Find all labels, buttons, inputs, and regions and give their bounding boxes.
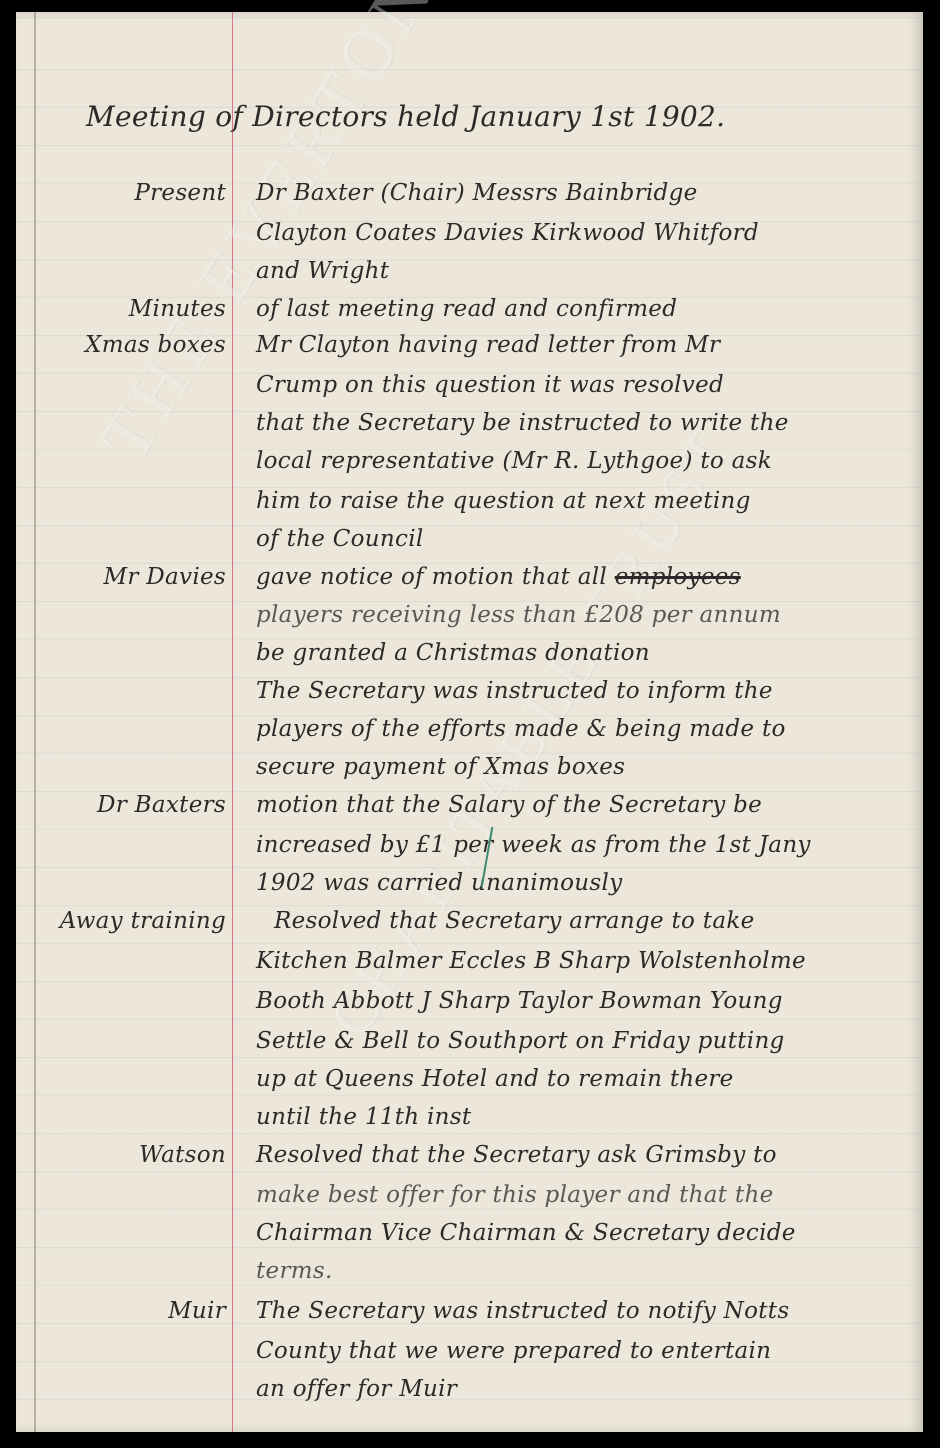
struck-word: employees — [615, 564, 741, 590]
entry-text: gave notice of motion that all — [256, 564, 607, 590]
margin-label-mr-davies: Mr Davies — [46, 564, 226, 590]
entry-line: be granted a Christmas donation — [256, 640, 650, 666]
binding-rule — [34, 12, 36, 1432]
entry-line: Kitchen Balmer Eccles B Sharp Wolstenhol… — [256, 948, 806, 974]
entry-line: The Secretary was instructed to inform t… — [256, 678, 773, 704]
margin-label-watson: Watson — [46, 1142, 226, 1168]
entry-line: until the 11th inst — [256, 1104, 471, 1130]
margin-label-xmas-boxes: Xmas boxes — [46, 332, 226, 358]
entry-line: Mr Clayton having read letter from Mr — [256, 332, 720, 358]
entry-line: County that we were prepared to entertai… — [256, 1338, 771, 1364]
margin-label-muir: Muir — [46, 1298, 226, 1324]
entry-line: him to raise the question at next meetin… — [256, 488, 751, 514]
entry-line: that the Secretary be instructed to writ… — [256, 410, 789, 436]
entry-line: local representative (Mr R. Lythgoe) to … — [256, 448, 772, 474]
entry-line: The Secretary was instructed to notify N… — [256, 1298, 789, 1324]
entry-line: Resolved that the Secretary ask Grimsby … — [256, 1142, 777, 1168]
entry-line: an offer for Muir — [256, 1376, 457, 1402]
entry-line: Chairman Vice Chairman & Secretary decid… — [256, 1220, 796, 1246]
entry-line: Crump on this question it was resolved — [256, 372, 724, 398]
entry-line: terms. — [256, 1258, 333, 1284]
entry-line: gave notice of motion that all employees — [256, 564, 741, 590]
entry-line: 1902 was carried unanimously — [256, 870, 622, 896]
entry-line: and Wright — [256, 258, 389, 284]
margin-label-present: Present — [46, 180, 226, 206]
margin-label-dr-baxters: Dr Baxters — [46, 792, 226, 818]
entry-line: players of the efforts made & being made… — [256, 716, 786, 742]
entry-line: Clayton Coates Davies Kirkwood Whitford — [256, 220, 759, 246]
margin-label-away-training: Away training — [46, 908, 226, 934]
entry-line: increased by £1 per week as from the 1st… — [256, 832, 811, 858]
entry-line: of last meeting read and confirmed — [256, 296, 677, 322]
entry-line: Dr Baxter (Chair) Messrs Bainbridge — [256, 180, 698, 206]
entry-line: players receiving less than £208 per ann… — [256, 602, 781, 628]
red-margin-rule — [232, 12, 233, 1432]
margin-label-minutes: Minutes — [46, 296, 226, 322]
entry-line: Settle & Bell to Southport on Friday put… — [256, 1028, 785, 1054]
entry-line: motion that the Salary of the Secretary … — [256, 792, 762, 818]
ledger-page: THE EVERTON COLLECTION CHARITABLE TRUST … — [16, 12, 923, 1432]
entry-line: of the Council — [256, 526, 424, 552]
page-title: Meeting of Directors held January 1st 19… — [86, 100, 725, 133]
entry-line: make best offer for this player and that… — [256, 1182, 774, 1208]
entry-line: secure payment of Xmas boxes — [256, 754, 625, 780]
entry-line: up at Queens Hotel and to remain there — [256, 1066, 734, 1092]
entry-line: Booth Abbott J Sharp Taylor Bowman Young — [256, 988, 783, 1014]
entry-line: Resolved that Secretary arrange to take — [274, 908, 754, 934]
